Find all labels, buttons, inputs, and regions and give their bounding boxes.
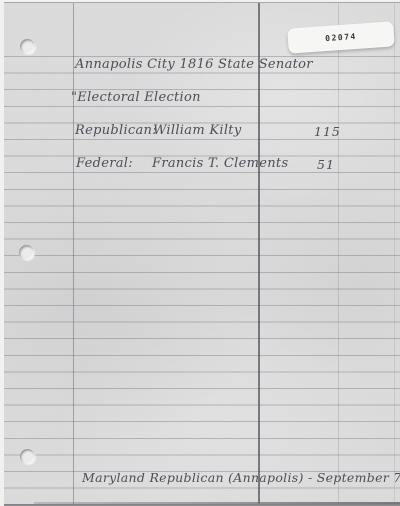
result-row-candidate: Francis T. Clements xyxy=(152,156,288,171)
vertical-fold-line xyxy=(258,3,260,504)
result-row-party: Federal: xyxy=(76,156,133,171)
punch-hole-bottom xyxy=(20,449,35,464)
faint-bleed-line xyxy=(394,3,395,504)
faint-bleed-line xyxy=(338,3,339,504)
catalog-sticker: 02074 xyxy=(287,21,394,53)
result-row-votes: 115 xyxy=(314,124,341,139)
left-margin-rule xyxy=(73,3,74,504)
page-bottom-edge xyxy=(34,502,400,504)
subheading-electoral-election: "Electoral Election xyxy=(71,90,201,105)
result-row-party: Republican: xyxy=(75,123,157,138)
heading-office: State Senator xyxy=(218,57,313,72)
heading-place-year: Annapolis City 1816 xyxy=(75,57,214,72)
scanned-ledger-page: 02074 Annapolis City 1816 State Senator … xyxy=(4,2,400,504)
catalog-number: 02074 xyxy=(325,32,357,43)
punch-hole-top xyxy=(20,39,35,54)
punch-hole-middle xyxy=(19,245,34,260)
source-citation: Maryland Republican (Annapolis) - Septem… xyxy=(82,470,400,485)
result-row-votes: 51 xyxy=(317,157,335,172)
result-row-candidate: William Kilty xyxy=(153,123,241,138)
